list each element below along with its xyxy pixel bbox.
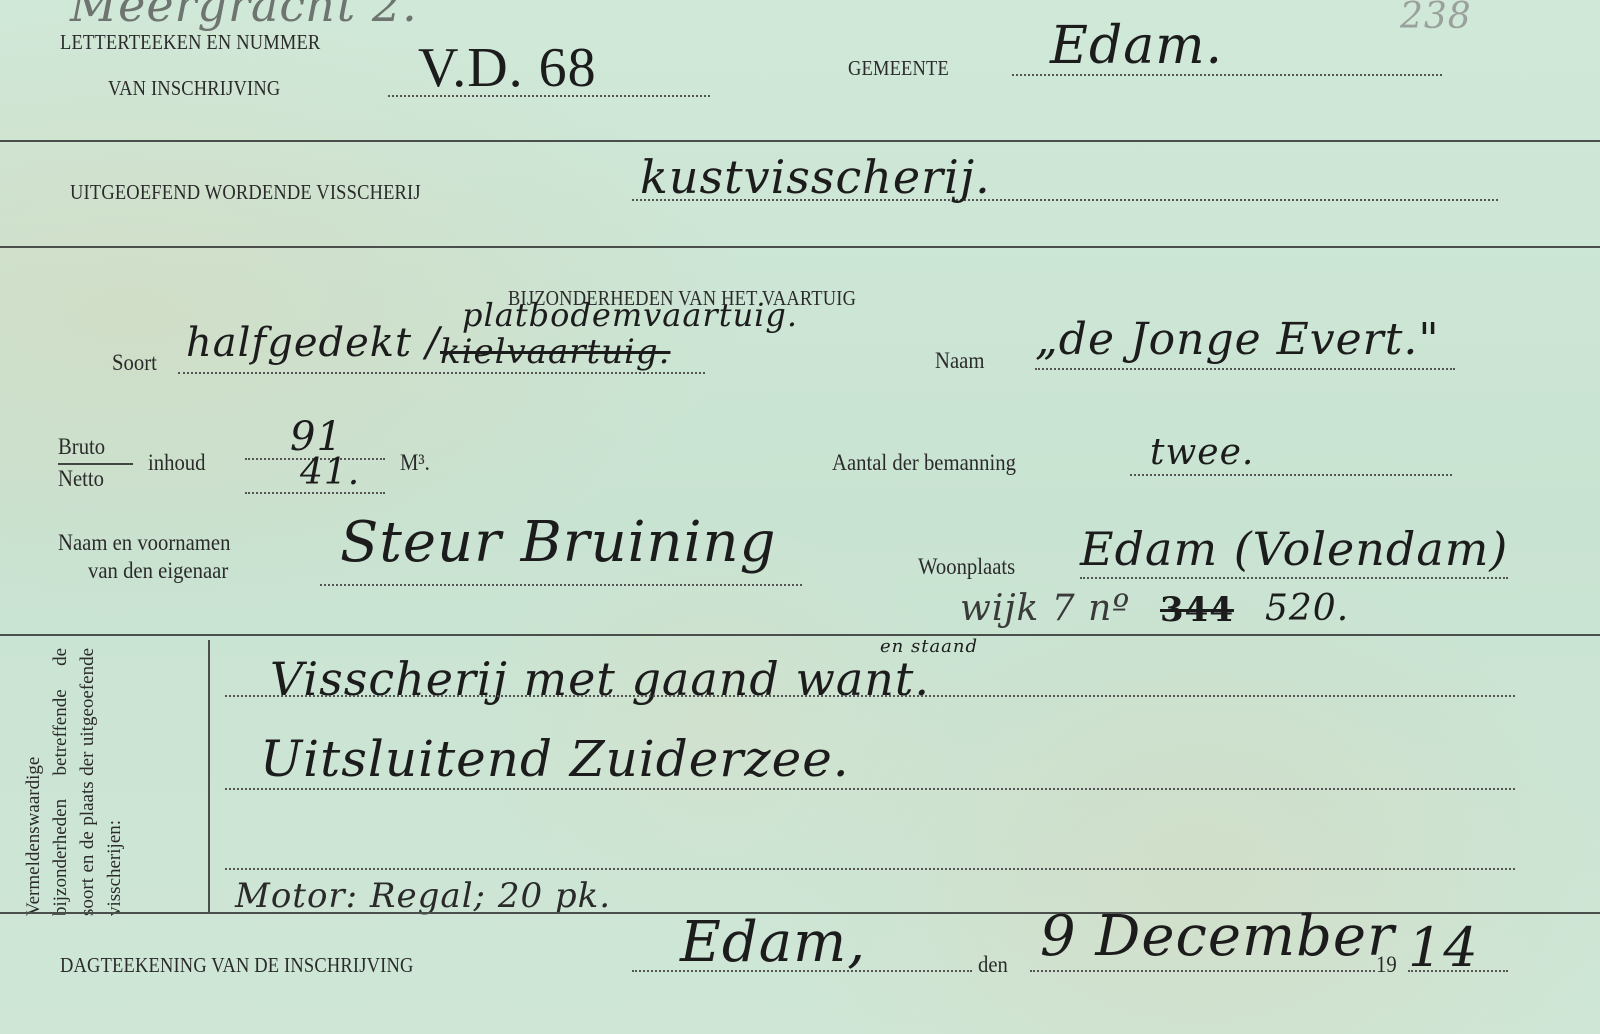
section-divider (0, 634, 1600, 636)
vessel-name-label: Naam (935, 348, 984, 374)
owner-label-line1: Naam en voornamen (58, 530, 230, 556)
type-field-line (178, 372, 705, 374)
address-struck-number: 344 (1160, 590, 1234, 630)
net-label: Netto (58, 466, 104, 492)
fraction-bar (58, 463, 133, 465)
remarks-side-label: Vermeldenswaardige bijzonderheden betref… (20, 648, 128, 916)
remarks-vertical-divider (208, 640, 210, 912)
fishery-label: UITGEOEFEND WORDENDE VISSCHERIJ (70, 180, 421, 205)
address-number[interactable]: 520. (1265, 588, 1349, 629)
type-label: Soort (112, 350, 157, 376)
gross-label: Bruto (58, 434, 105, 460)
dating-label: DAGTEEKENING VAN DE INSCHRIJVING (60, 953, 413, 978)
residence-field-line (1080, 577, 1508, 579)
remarks-field-line-3 (225, 868, 1515, 870)
dating-day-month[interactable]: 9 December (1040, 904, 1395, 969)
owner-value[interactable]: Steur Bruining (340, 510, 776, 575)
section-divider (0, 140, 1600, 142)
dating-year-prefix: 19 (1376, 952, 1397, 978)
type-value[interactable]: halfgedekt / (186, 320, 440, 366)
remarks-side-label-box: Vermeldenswaardige bijzonderheden betref… (20, 648, 208, 916)
vessel-name-field-line (1035, 368, 1455, 370)
registration-label-line1: LETTERTEEKEN EN NUMMER (60, 30, 320, 55)
type-insertion: platbodemvaartuig. (462, 296, 798, 334)
owner-field-line (320, 584, 802, 586)
owner-label-line2: van den eigenaar (88, 558, 228, 584)
remarks-field-line-1 (225, 695, 1515, 697)
capacity-unit: M³. (400, 450, 430, 476)
dating-den-label: den (978, 952, 1008, 978)
remarks-line2[interactable]: Uitsluitend Zuiderzee. (260, 730, 850, 788)
municipality-label: GEMEENTE (848, 56, 949, 81)
municipality-value[interactable]: Edam. (1050, 16, 1223, 76)
remarks-field-line-2 (225, 788, 1515, 790)
section-divider (0, 246, 1600, 248)
type-struck-value: kielvaartuig. (440, 332, 670, 372)
net-value[interactable]: 41. (300, 452, 360, 493)
crew-field-line (1130, 474, 1452, 476)
address-prefix: wijk 7 nº (960, 588, 1130, 629)
dating-day-month-line (1030, 970, 1375, 972)
residence-label: Woonplaats (918, 554, 1015, 580)
dating-place[interactable]: Edam, (680, 910, 866, 975)
remarks-line1[interactable]: Visscherij met gaand want. (270, 652, 930, 706)
top-pencil-note: Meergracht 2. (70, 0, 418, 32)
crew-label: Aantal der bemanning (832, 450, 1016, 476)
dating-year-suffix[interactable]: 14 (1408, 916, 1479, 979)
corner-pencil-number: 238 (1400, 0, 1472, 37)
remarks-line1-insertion: en staand (880, 636, 978, 657)
vessel-name-value[interactable]: „de Jonge Evert." (1035, 314, 1440, 365)
capacity-label: inhoud (148, 450, 206, 476)
residence-value[interactable]: Edam (Volendam) (1080, 522, 1508, 576)
fishery-value[interactable]: kustvisscherij. (640, 150, 991, 204)
registration-value[interactable]: V.D. 68 (418, 36, 597, 100)
motor-note: Motor: Regal; 20 pk. (235, 876, 611, 916)
crew-value[interactable]: twee. (1150, 432, 1254, 473)
registration-label-line2: VAN INSCHRIJVING (108, 76, 280, 101)
